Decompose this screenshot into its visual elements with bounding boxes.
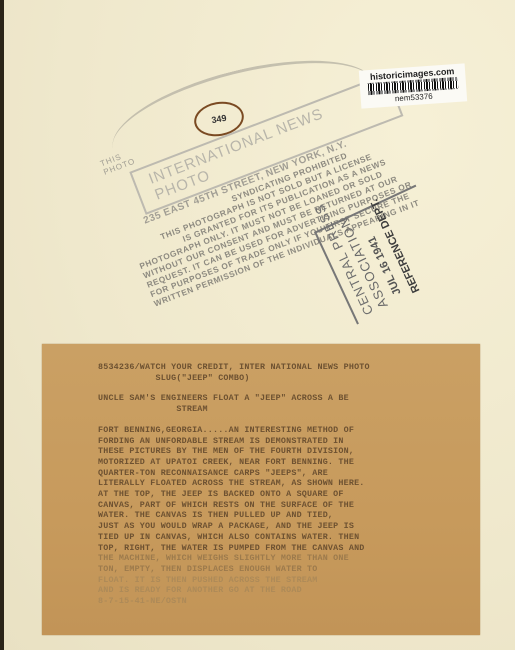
caption-body: FORT BENNING,GEORGIA.....AN INTERESTING … bbox=[98, 425, 438, 607]
caption-header-1: 8534236/WATCH YOUR CREDIT, INTER NATIONA… bbox=[98, 362, 438, 373]
caption-title-1: UNCLE SAM'S ENGINEERS FLOAT A "JEEP" ACR… bbox=[98, 393, 438, 404]
caption-line: TIED UP IN CANVAS, WHICH ALSO CONTAINS W… bbox=[98, 532, 438, 543]
caption-line: TOP, RIGHT, THE WATER IS PUMPED FROM THE… bbox=[98, 543, 438, 554]
photo-back-sheet: 349 THIS PHOTO INTERNATIONAL NEWS PHOTO … bbox=[4, 0, 515, 650]
caption-line: CANVAS, PART OF WHICH RESTS ON THE SURFA… bbox=[98, 500, 438, 511]
caption-line: JUST AS YOU WOULD WRAP A PACKAGE, AND TH… bbox=[98, 521, 438, 532]
caption-line: FORT BENNING,GEORGIA.....AN INTERESTING … bbox=[98, 425, 438, 436]
caption-line: THESE PICTURES BY THE MEN OF THE FOURTH … bbox=[98, 446, 438, 457]
barcode-label: historicimages.com nem53376 bbox=[359, 63, 467, 108]
caption-sheet: 8534236/WATCH YOUR CREDIT, INTER NATIONA… bbox=[42, 344, 480, 635]
caption-line: TON, EMPTY, THEN DISPLACES ENOUGH WATER … bbox=[98, 564, 438, 575]
caption-line: QUARTER-TON RECONNAISANCE CARPS "JEEPS",… bbox=[98, 468, 438, 479]
caption-header-2: SLUG("JEEP" COMBO) bbox=[98, 373, 438, 384]
caption-line: MOTORIZED AT UPATOI CREEK, NEAR FORT BEN… bbox=[98, 457, 438, 468]
caption-text: 8534236/WATCH YOUR CREDIT, INTER NATIONA… bbox=[98, 362, 438, 607]
caption-title-2: STREAM bbox=[98, 404, 438, 415]
caption-line: FLOAT. IT IS THEN PUSHED ACROSS THE STRE… bbox=[98, 575, 438, 586]
caption-line: AT THE TOP, THE JEEP IS BACKED ONTO A SQ… bbox=[98, 489, 438, 500]
caption-line: FORDING AN UNFORDABLE STREAM IS DEMONSTR… bbox=[98, 436, 438, 447]
caption-line: THE MACHINE, WHICH WEIGHS SLIGHTLY MORE … bbox=[98, 553, 438, 564]
caption-line: LITERALLY FLOATED ACROSS THE STREAM, AS … bbox=[98, 478, 438, 489]
caption-line: 8-7-15-41-NE/OSTN bbox=[98, 596, 438, 607]
caption-line: AND IS READY FOR ANOTHER GO AT THE ROAD bbox=[98, 585, 438, 596]
caption-line: WATER. THE CANVAS IS THEN PULLED UP AND … bbox=[98, 510, 438, 521]
